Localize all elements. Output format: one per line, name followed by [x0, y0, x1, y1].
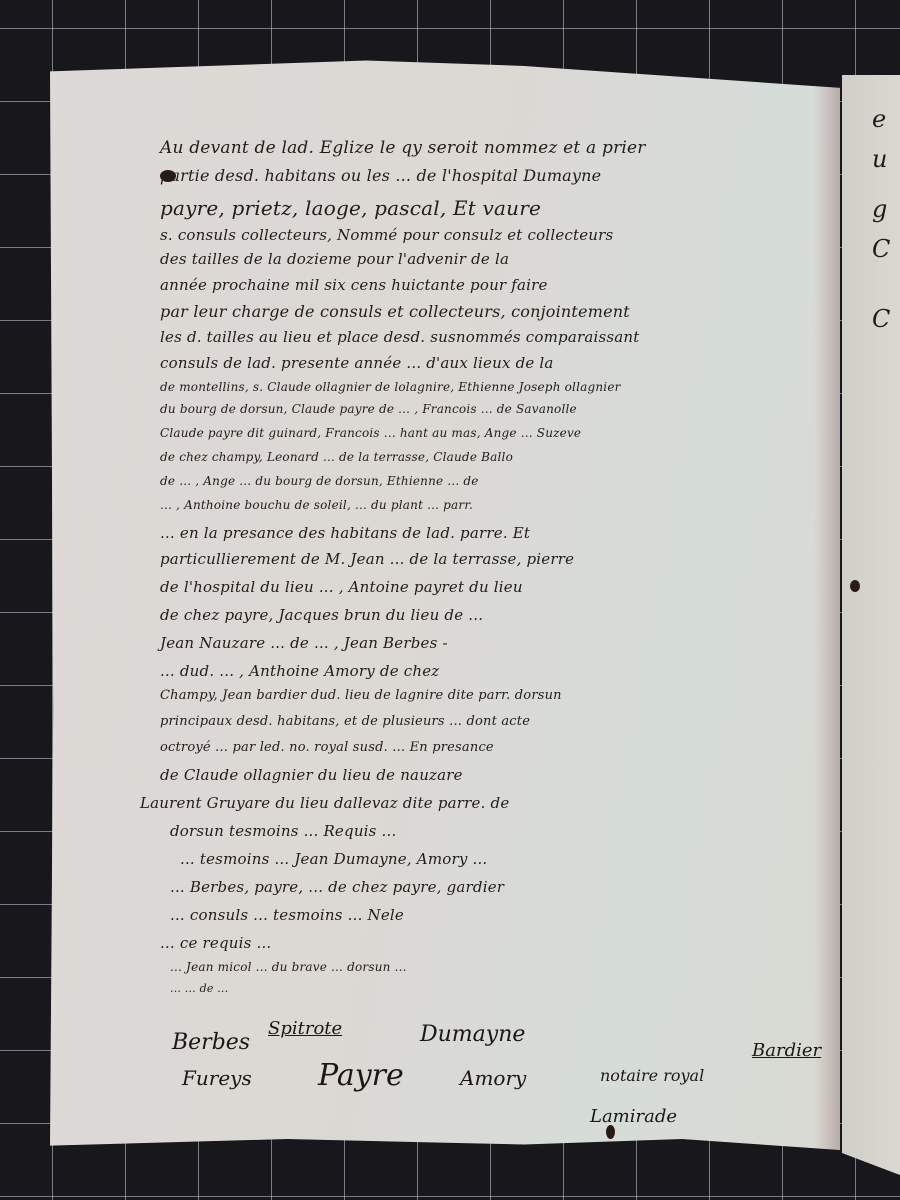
text-line: de ... , Ange ... du bourg de dorsun, Et… — [160, 474, 479, 488]
text-line: Champy, Jean bardier dud. lieu de lagnir… — [160, 688, 562, 703]
fragment: e — [872, 105, 886, 133]
text-line: s. consuls collecteurs, Nommé pour consu… — [160, 226, 613, 244]
signature: Payre — [318, 1058, 404, 1093]
signature: Fureys — [182, 1066, 252, 1090]
text-line: payre, prietz, laoge, pascal, Et vaure — [160, 196, 541, 220]
text-line: partie desd. habitans ou les ... de l'ho… — [160, 166, 601, 185]
adjacent-page-edge: e u g C C — [842, 75, 900, 1175]
text-line: Jean Nauzare ... de ... , Jean Berbes - — [160, 634, 448, 652]
text-line: dorsun tesmoins ... Requis ... — [170, 822, 396, 840]
text-line: de montellins, s. Claude ollagnier de lo… — [160, 380, 621, 394]
text-line: ... Berbes, payre, ... de chez payre, ga… — [170, 878, 504, 896]
signature: Dumayne — [420, 1022, 525, 1047]
signature: notaire royal — [600, 1066, 704, 1085]
text-line: Laurent Gruyare du lieu dallevaz dite pa… — [140, 794, 509, 812]
ink-blot — [850, 580, 860, 592]
signature: Amory — [460, 1066, 526, 1090]
text-line: principaux desd. habitans, et de plusieu… — [160, 714, 530, 729]
text-line: des tailles de la dozieme pour l'advenir… — [160, 250, 509, 268]
text-line: Au devant de lad. Eglize le qy seroit no… — [160, 138, 646, 158]
text-line: ... Jean micol ... du brave ... dorsun .… — [170, 960, 407, 974]
text-line: de chez champy, Leonard ... de la terras… — [160, 450, 513, 464]
text-line: particullierement de M. Jean ... de la t… — [160, 550, 574, 568]
signature: Lamirade — [590, 1106, 677, 1127]
text-line: ... ... de ... — [170, 982, 228, 995]
text-line: de Claude ollagnier du lieu de nauzare — [160, 766, 463, 784]
text-line: consuls de lad. presente année ... d'aux… — [160, 354, 554, 372]
text-line: Claude payre dit guinard, Francois ... h… — [160, 426, 581, 440]
text-line: ... dud. ... , Anthoine Amory de chez — [160, 662, 439, 680]
text-line: du bourg de dorsun, Claude payre de ... … — [160, 402, 577, 416]
signature: Spitrote — [268, 1018, 342, 1039]
text-line: de chez payre, Jacques brun du lieu de .… — [160, 606, 483, 624]
fragment: g — [872, 195, 887, 223]
fragment: u — [872, 145, 887, 173]
fragment: C — [872, 305, 890, 333]
text-line: octroyé ... par led. no. royal susd. ...… — [160, 740, 494, 755]
text-line: année prochaine mil six cens huictante p… — [160, 276, 548, 294]
text-line: ... consuls ... tesmoins ... Nele — [170, 906, 404, 924]
ink-blot — [606, 1125, 615, 1139]
text-line: ... en la presance des habitans de lad. … — [160, 524, 530, 542]
text-line: par leur charge de consuls et collecteur… — [160, 302, 630, 321]
signature: Berbes — [172, 1030, 250, 1055]
fragment: C — [872, 235, 890, 263]
text-line: ... , Anthoine bouchu de soleil, ... du … — [160, 498, 473, 512]
signature: Bardier — [752, 1040, 821, 1061]
text-line: ... tesmoins ... Jean Dumayne, Amory ... — [180, 850, 487, 868]
text-line: de l'hospital du lieu ... , Antoine payr… — [160, 578, 523, 596]
text-line: les d. tailles au lieu et place desd. su… — [160, 328, 640, 346]
text-line: ... ce requis ... — [160, 934, 271, 952]
